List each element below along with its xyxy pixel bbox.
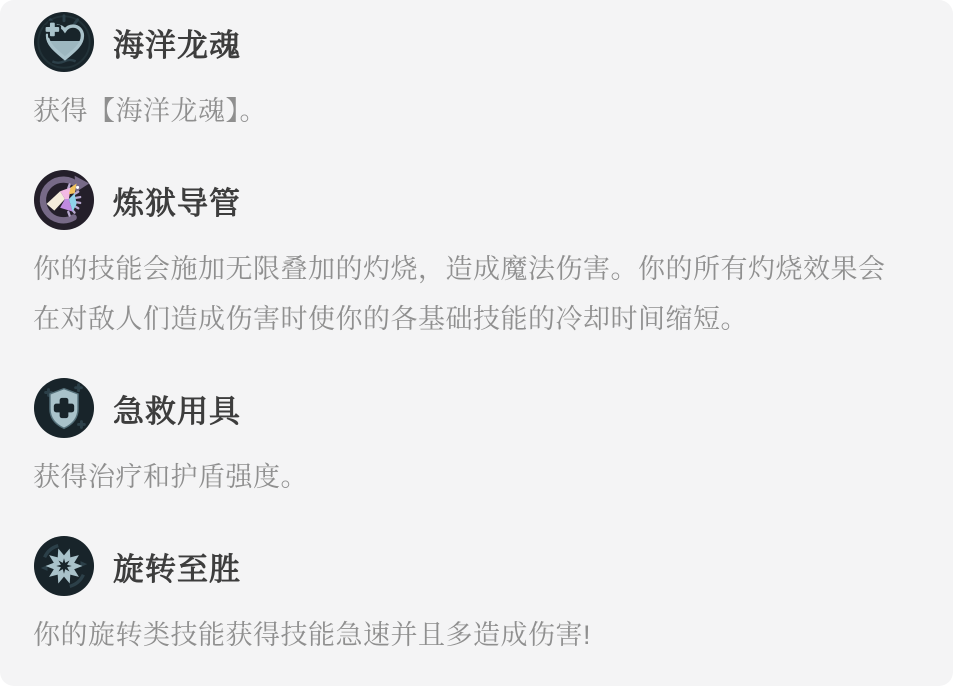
augment-title: 急救用具 bbox=[113, 386, 241, 431]
description-line: 你的技能会施加无限叠加的灼烧，造成魔法伤害。你的所有灼烧效果会 bbox=[33, 244, 913, 294]
augment-tooltip-panel: 海洋龙魂 获得【海洋龙魂】。 bbox=[0, 0, 953, 686]
augment-header: 炼狱导管 bbox=[33, 168, 913, 232]
description-line: 获得【海洋龙魂】。 bbox=[33, 86, 913, 136]
augment-section-first-aid-kit: 急救用具 获得治疗和护盾强度。 bbox=[33, 376, 913, 502]
infernal-conduit-icon bbox=[33, 169, 95, 231]
augment-header: 旋转至胜 bbox=[33, 534, 913, 598]
augment-description: 获得治疗和护盾强度。 bbox=[33, 452, 913, 502]
description-line: 获得治疗和护盾强度。 bbox=[33, 452, 913, 502]
augment-header: 急救用具 bbox=[33, 376, 913, 440]
augment-section-ocean-dragon-soul: 海洋龙魂 获得【海洋龙魂】。 bbox=[33, 10, 913, 136]
augment-section-infernal-conduit: 炼狱导管 你的技能会施加无限叠加的灼烧，造成魔法伤害。你的所有灼烧效果会 在对敌… bbox=[33, 168, 913, 344]
augment-title: 旋转至胜 bbox=[113, 544, 241, 589]
augment-header: 海洋龙魂 bbox=[33, 10, 913, 74]
description-line: 在对敌人们造成伤害时使你的各基础技能的冷却时间缩短。 bbox=[33, 294, 913, 344]
augment-title: 海洋龙魂 bbox=[113, 20, 241, 65]
augment-section-spin-to-win: 旋转至胜 你的旋转类技能获得技能急速并且多造成伤害! bbox=[33, 534, 913, 660]
augment-description: 获得【海洋龙魂】。 bbox=[33, 86, 913, 136]
augment-title: 炼狱导管 bbox=[113, 178, 241, 223]
description-line: 你的旋转类技能获得技能急速并且多造成伤害! bbox=[33, 610, 913, 660]
first-aid-kit-shield-icon bbox=[33, 377, 95, 439]
spin-to-win-burst-icon bbox=[33, 535, 95, 597]
augment-description: 你的技能会施加无限叠加的灼烧，造成魔法伤害。你的所有灼烧效果会 在对敌人们造成伤… bbox=[33, 244, 913, 344]
ocean-dragon-soul-heart-icon bbox=[33, 11, 95, 73]
augment-description: 你的旋转类技能获得技能急速并且多造成伤害! bbox=[33, 610, 913, 660]
